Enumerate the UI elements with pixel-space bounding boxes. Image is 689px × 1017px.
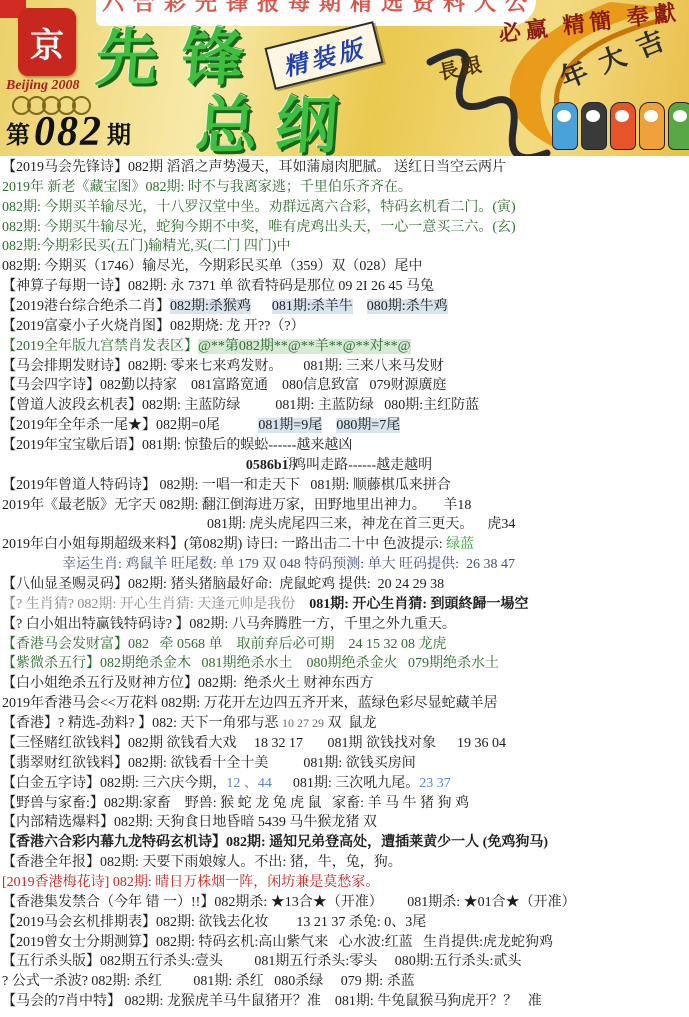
line-segment: 幸运生肖: 鸡鼠羊 旺尾数: 单 179 双 048 特码预测: 单大 旺码提供… <box>62 557 515 572</box>
line-segment: 【香港六合彩内幕九龙特码玄机诗】082期: 遥知兄弟登高处，遭插莱黄少一人 (免… <box>2 835 548 850</box>
report-line: ? 公式一杀波? 082期: 杀红 081期: 杀红 080杀绿 079 期: … <box>2 972 689 992</box>
line-segment: 【马会四字诗】082勤以持家 081富路宽通 080信息致富 079财源廣庭 <box>2 378 447 393</box>
line-segment: 0586b1 <box>246 458 289 473</box>
line-segment: 【内部精选爆料】082期: 天狗食日地昏暗 5439 马牛猴龙猪 双 <box>2 815 377 830</box>
line-segment: 081期: 虎头虎尾四三来，神龙在首三更天。 虎34 <box>207 517 515 532</box>
line-segment: 【2019年全年杀一尾★】082期=0尾 <box>2 418 258 433</box>
line-segment: 【三怪赌红欲钱料】082期 欲钱看大戏 18 32 17 081期 欲钱找对象 … <box>2 736 506 751</box>
line-segment: 080期:杀牛鸡 <box>367 299 448 314</box>
line-segment: 【香港】? 精选-劲料? 】082: 天下一角邪与恶 <box>2 716 282 731</box>
line-segment: 【2019富豪小子火烧肖图】082期烧: 龙 开??（?） <box>2 319 305 334</box>
report-line: 【翡翠财红欲钱料】082期: 欲钱看十全十美 081期: 欲钱买房间 <box>2 754 689 774</box>
line-segment: 【野兽与家畜:】082期:家畜 野兽: 猴 蛇 龙 兔 虎 鼠 家畜: 羊 马 … <box>2 796 469 811</box>
line-segment: 082期:杀猴鸡 <box>170 299 251 314</box>
tip-lines-container: 【2019马会先锋诗】082期 滔滔之声势漫天，耳如蒲扇肉肥腻。 送红日当空云两… <box>0 157 689 1012</box>
line-segment: ? 公式一杀波? 082期: 杀红 081期: 杀红 080杀绿 079 期: … <box>2 974 415 989</box>
report-line: 【白小姐绝杀五行及财神方位】082期: 绝杀火土 财神东西方 <box>2 674 689 694</box>
line-segment: 鸡叫走路------越走越明 <box>289 458 432 473</box>
report-line: 082期: 今期买（1746）输尽光，今期彩民买单（359）双（028）尾中 <box>2 257 689 277</box>
report-line: 082期: 今期买牛输尽光，蛇狗今期不中奖，唯有虎鸡出头天，一心一意买三六。(玄… <box>2 218 689 238</box>
line-segment: 【曾道人波段玄机表】082期: 主蓝防绿 081期: 主蓝防绿 080期:主红防… <box>2 398 479 413</box>
issue-value: 082 <box>30 108 107 156</box>
fuwa-mascot-icon <box>581 102 607 150</box>
beijing-2008-wordmark: Beijing 2008 <box>6 78 80 94</box>
line-segment: 【? 生肖猜? 082期: 开心生肖猜: 天逢元帅是我份 <box>2 597 309 612</box>
report-line: 2019年白小姐每期超级来料】(第082期) 诗曰: 一路出击二十中 色波提示:… <box>2 535 689 555</box>
report-line: 【2019港台综合绝杀二肖】082期:杀猴鸡 081期:杀羊牛 080期:杀牛鸡 <box>2 297 689 317</box>
report-line: 【2019马会玄机排期表】082期: 欲钱去化妆 13 21 37 杀兔: 0、… <box>2 913 689 933</box>
line-segment: 082期:今期彩民买(五门)输精光,买(二门 四门)中 <box>2 239 291 254</box>
line-segment: 【白金五字诗】082期: 三六庆今期， <box>2 776 226 791</box>
line-segment: 绿蓝 <box>446 537 474 552</box>
issue-suffix: 期 <box>107 115 131 150</box>
report-line: 【2019马会先锋诗】082期 滔滔之声势漫天，耳如蒲扇肉肥腻。 送红日当空云两… <box>2 158 689 178</box>
line-segment: 10 27 29 <box>282 716 324 730</box>
report-line: 【2019年全年杀一尾★】082期=0尾 081期=9尾 080期=7尾 <box>2 416 689 436</box>
report-line: 082期: 今期买羊输尽光，十八罗汉堂中坐。劝群远离六合彩，特码玄机看二门。(寅… <box>2 198 689 218</box>
line-segment <box>322 418 336 433</box>
report-line: 【2019全年版九宫禁肖发表区】@**第082期**@**羊**@**对**@ <box>2 337 689 357</box>
line-segment: 【翡翠财红欲钱料】082期: 欲钱看十全十美 081期: 欲钱买房间 <box>2 756 416 771</box>
report-line: 2019年 新老《藏宝图》082期: 时不与我离家逃；千里伯乐齐齐在。 <box>2 178 689 198</box>
report-line: 【白金五字诗】082期: 三六庆今期，12 、44 081期: 三次吼九尾。23… <box>2 774 689 794</box>
line-segment: 【2019年曾道人特码诗】 082期: 一唱一和走天下 081期: 顺藤棋瓜来拼… <box>2 478 451 493</box>
line-segment: 2019年香港马会<<万花料 082期: 万花开左边四五齐开来，蓝绿色彩尽显蛇藏… <box>2 696 498 711</box>
line-segment: 2019年《最老版》无字天 082期: 翻江倒海进万家，田野地里出神力。 羊18 <box>2 498 471 513</box>
line-segment: 【2019年宝宝歇后语】081期: 惊蛰后的蜈蚣------越来越凶 <box>2 438 352 453</box>
line-segment: 【神算子每期一诗】082期: 永 7371 单 欲看特码是那位 09 2I 26… <box>2 279 434 294</box>
line-segment: 双 鼠龙 <box>324 716 377 731</box>
report-line: 【? 生肖猜? 082期: 开心生肖猜: 天逢元帅是我份 081期: 开心生肖猜… <box>2 595 689 615</box>
beijing-olympic-seal-icon: 京 <box>18 8 76 76</box>
line-segment: 081期: 开心生肖猜: 到頭終歸一場空 <box>309 597 528 612</box>
line-segment: 【2019全年版九宫禁肖发表区】 <box>2 339 198 354</box>
follow-label: 長跟 <box>435 48 486 86</box>
report-line: 【紫微杀五行】082期绝杀金木 081期绝杀水土 080期绝杀金火 079期绝杀… <box>2 654 689 674</box>
report-line: 【曾道人波段玄机表】082期: 主蓝防绿 081期: 主蓝防绿 080期:主红防… <box>2 396 689 416</box>
report-line: 【香港】? 精选-劲料? 】082: 天下一角邪与恶 10 27 29 双 鼠龙 <box>2 714 689 734</box>
report-line: 082期:今期彩民买(五门)输精光,买(二门 四门)中 <box>2 237 689 257</box>
fuwa-mascot-icon <box>610 102 636 150</box>
line-segment: 23 37 <box>419 776 451 791</box>
report-line: 【香港六合彩内幕九龙特码玄机诗】082期: 遥知兄弟登高处，遭插莱黄少一人 (免… <box>2 833 689 853</box>
report-line: 【2019年曾道人特码诗】 082期: 一唱一和走天下 081期: 顺藤棋瓜来拼… <box>2 476 689 496</box>
report-line: 【八仙显圣赐灵码】082期: 猪头猪脑最好命: 虎鼠蛇鸡 提供: 20 24 2… <box>2 575 689 595</box>
report-line: 【五行杀头版】082期五行杀头:壹头 081期五行杀头:零头 080期:五行杀头… <box>2 952 689 972</box>
line-segment: 081期: 三次吼九尾。 <box>272 776 419 791</box>
line-segment: 082期: 今期买（1746）输尽光，今期彩民买单（359）双（028）尾中 <box>2 259 422 274</box>
lottery-tip-sheet: 六合彩先锋报每期精选资料大公开 京 Beijing 2008 第 082 期 先… <box>0 0 689 1017</box>
fuwa-mascot-icon <box>639 102 665 150</box>
line-segment: 2019年白小姐每期超级来料】(第082期) 诗曰: 一路出击二十中 色波提示: <box>2 537 446 552</box>
seal-glyph: 京 <box>30 18 64 67</box>
report-line: 【香港集发禁合（今年 错 一）!!】082期杀: ★13合★（开准） 081期杀… <box>2 893 689 913</box>
line-segment <box>353 299 367 314</box>
line-segment: 【2019马会玄机排期表】082期: 欲钱去化妆 13 21 37 杀兔: 0、… <box>2 915 426 930</box>
report-line: 081期: 虎头虎尾四三来，神龙在首三更天。 虎34 <box>2 515 689 535</box>
report-line: [2019香港梅花诗] 082期: 晴日万株烟一阵，闲坊兼是莫愁家。 <box>2 873 689 893</box>
line-segment: 【八仙显圣赐灵码】082期: 猪头猪脑最好命: 虎鼠蛇鸡 提供: 20 24 2… <box>2 577 444 592</box>
line-segment: 【2019港台综合绝杀二肖】 <box>2 299 170 314</box>
masthead: 六合彩先锋报每期精选资料大公开 京 Beijing 2008 第 082 期 先… <box>0 0 689 156</box>
report-line: 【香港全年报】082期: 天要下雨娘嫁人。不出: 猪，牛，兔，狗。 <box>2 853 689 873</box>
line-segment: 2019年 新老《藏宝图》082期: 时不与我离家逃；千里伯乐齐齐在。 <box>2 180 412 195</box>
line-segment: 【马会的7肖中特】 082期: 龙猴虎羊马牛鼠猪开？准 081期: 牛兔鼠猴马狗… <box>2 994 542 1009</box>
fuwa-mascots <box>552 102 689 150</box>
report-line: 【2019年宝宝歇后语】081期: 惊蛰后的蜈蚣------越来越凶 <box>2 436 689 456</box>
report-line: 【神算子每期一诗】082期: 永 7371 单 欲看特码是那位 09 2I 26… <box>2 277 689 297</box>
line-segment: [2019香港梅花诗] 082期: 晴日万株烟一阵，闲坊兼是莫愁家。 <box>2 875 379 890</box>
line-segment: 081期=9尾 <box>258 418 322 433</box>
report-line: 【2019富豪小子火烧肖图】082期烧: 龙 开??（?） <box>2 317 689 337</box>
line-segment: 【香港全年报】082期: 天要下雨娘嫁人。不出: 猪，牛，兔，狗。 <box>2 855 402 870</box>
report-line: 【? 白小姐出特赢钱特码诗? 】082期: 八马奔腾胜一方，千里之外九重天。 <box>2 615 689 635</box>
report-line: 2019年《最老版》无字天 082期: 翻江倒海进万家，田野地里出神力。 羊18 <box>2 496 689 516</box>
report-line: 082期0586b1 鸡叫走路------越走越明 <box>2 456 689 476</box>
issue-prefix: 第 <box>6 115 30 150</box>
report-line: 【内部精选爆料】082期: 天狗食日地昏暗 5439 马牛猴龙猪 双 <box>2 813 689 833</box>
report-line: 【三怪赌红欲钱料】082期 欲钱看大戏 18 32 17 081期 欲钱找对象 … <box>2 734 689 754</box>
line-segment: 【白小姐绝杀五行及财神方位】082期: 绝杀火土 财神东西方 <box>2 676 373 691</box>
report-line: 【野兽与家畜:】082期:家畜 野兽: 猴 蛇 龙 兔 虎 鼠 家畜: 羊 马 … <box>2 794 689 814</box>
line-segment <box>251 299 272 314</box>
line-segment: 082期: 今期买牛输尽光，蛇狗今期不中奖，唯有虎鸡出头天，一心一意买三六。(玄… <box>2 220 516 235</box>
report-line: 【马会的7肖中特】 082期: 龙猴虎羊马牛鼠猪开？准 081期: 牛兔鼠猴马狗… <box>2 992 689 1012</box>
report-line: 【香港马会发财富】082 牵 0568 单 取前弃后必可期 24 15 32 0… <box>2 635 689 655</box>
issue-number: 第 082 期 <box>6 108 186 156</box>
report-line: 【马会四字诗】082勤以持家 081富路宽通 080信息致富 079财源廣庭 <box>2 376 689 396</box>
report-line: 【马会排期发财诗】082期: 零来七来鸡发财。 081期: 三来八来马发财 <box>2 357 689 377</box>
fuwa-mascot-icon <box>668 102 689 150</box>
fuwa-mascot-icon <box>552 102 578 150</box>
line-segment: @**第082期**@**羊**@**对**@ <box>198 339 411 354</box>
line-segment: 12 、44 <box>226 776 272 791</box>
line-segment: 【马会排期发财诗】082期: 零来七来鸡发财。 081期: 三来八来马发财 <box>2 359 444 374</box>
line-segment: 081期:杀羊牛 <box>272 299 353 314</box>
line-segment: 【五行杀头版】082期五行杀头:壹头 081期五行杀头:零头 080期:五行杀头… <box>2 954 522 969</box>
report-line: 【2019曾女士分期测算】082期: 特码玄机:高山紫气来 心水波:红蓝 生肖提… <box>2 933 689 953</box>
line-segment: 【2019马会先锋诗】082期 滔滔之声势漫天，耳如蒲扇肉肥腻。 送红日当空云两… <box>2 160 506 175</box>
line-segment: 【紫微杀五行】082期绝杀金木 081期绝杀水土 080期绝杀金火 079期绝杀… <box>2 656 499 671</box>
line-segment: 【香港集发禁合（今年 错 一）!!】082期杀: ★13合★（开准） 081期杀… <box>2 895 576 910</box>
report-line: 幸运生肖: 鸡鼠羊 旺尾数: 单 179 双 048 特码预测: 单大 旺码提供… <box>2 555 689 575</box>
line-segment: 082期: 今期买羊输尽光，十八罗汉堂中坐。劝群远离六合彩，特码玄机看二门。(寅… <box>2 200 516 215</box>
line-segment: 080期=7尾 <box>336 418 400 433</box>
line-segment: 【香港马会发财富】082 牵 0568 单 取前弃后必可期 24 15 32 0… <box>2 637 447 652</box>
line-segment: 【? 白小姐出特赢钱特码诗? 】082期: 八马奔腾胜一方，千里之外九重天。 <box>2 617 456 632</box>
report-line: 2019年香港马会<<万花料 082期: 万花开左边四五齐开来，蓝绿色彩尽显蛇藏… <box>2 694 689 714</box>
line-segment: 【2019曾女士分期测算】082期: 特码玄机:高山紫气来 心水波:红蓝 生肖提… <box>2 935 553 950</box>
